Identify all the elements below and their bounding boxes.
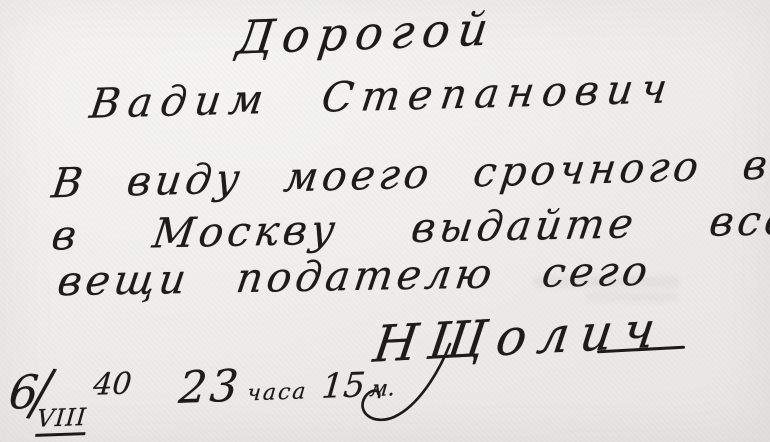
- date-year: 40: [92, 369, 133, 400]
- dateline: 6 / VIII 40 23 часа 15 м.: [5, 356, 398, 440]
- time-hours-unit: часа: [246, 381, 308, 405]
- time-minutes-unit: м.: [369, 378, 396, 401]
- time-minutes: 15: [320, 368, 366, 404]
- salutation-line1: Дорогой: [234, 5, 498, 60]
- note-paper: Дорогой Вадим Степанович В виду моего ср…: [0, 0, 770, 442]
- body-line1: В виду моего срочного выезда: [49, 141, 770, 205]
- paper-smudge: [586, 293, 678, 301]
- body-line2: в Москву выдайте все мои: [49, 196, 770, 256]
- time-hours: 23: [177, 365, 243, 411]
- salutation-line2: Вадим Степанович: [87, 68, 677, 124]
- paper-smudge: [532, 277, 680, 287]
